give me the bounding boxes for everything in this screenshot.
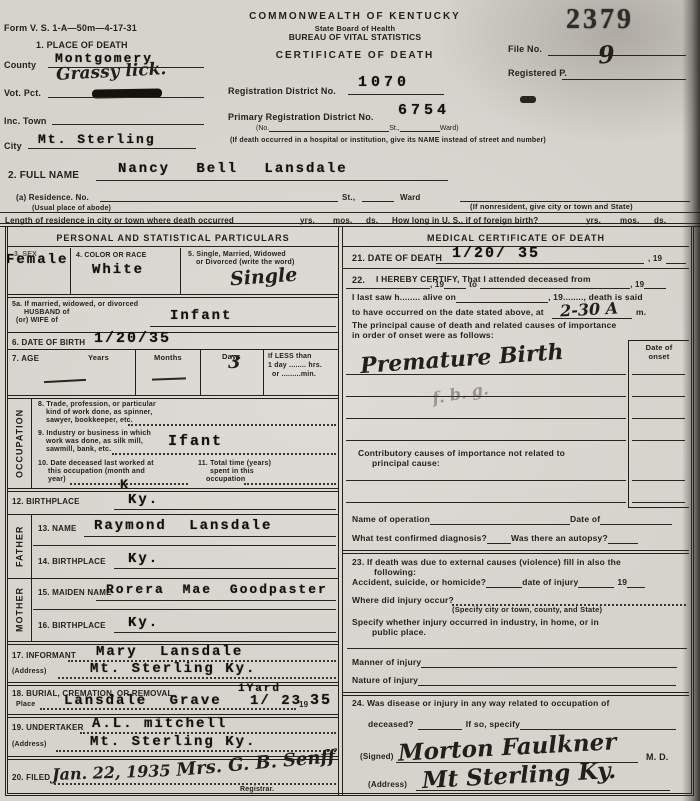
city-hint-ward: Ward)	[440, 125, 459, 132]
undertaker-addr-label: (Address)	[12, 741, 46, 749]
father-bp-value: Ky.	[128, 551, 159, 567]
burial-place-value: Lansdale Grave	[64, 693, 222, 709]
cell-border	[180, 248, 181, 295]
rule-line	[96, 600, 336, 601]
father-bp-label: 14. BIRTHPLACE	[38, 557, 106, 566]
rule-line	[33, 545, 336, 546]
marital-label-1: 5. Single, Married, Widowed	[188, 251, 286, 259]
form-number: Form V. S. 1-A—50m—4-17-31	[4, 23, 137, 33]
blank-line	[100, 193, 338, 202]
occ10-label-2: this occupation (month and	[48, 468, 145, 476]
burial-year-pre: 19	[299, 700, 308, 709]
rule-line	[8, 349, 338, 350]
rule-line	[114, 509, 336, 510]
burial-year-value: 35	[310, 692, 332, 709]
married-label-3: (or) WIFE of	[16, 317, 58, 325]
certify-to: to	[469, 280, 477, 289]
occ8-label-1: 8. Trade, profession, or particular	[38, 401, 156, 409]
rule-line	[348, 94, 444, 95]
cell-border	[135, 350, 136, 396]
cell-border	[263, 350, 264, 396]
deceased-row: deceased? If so, specify	[368, 720, 676, 730]
blank-line	[418, 677, 676, 686]
informant-addr-label: (Address)	[12, 668, 46, 676]
dotted-line	[58, 677, 336, 679]
accident-row: Accident, suicide, or homicide? date of …	[352, 578, 645, 588]
ink-smudge	[520, 96, 536, 103]
rule-line	[632, 418, 685, 419]
blank-line	[644, 280, 666, 289]
city-value: Mt. Sterling	[38, 132, 156, 147]
injury-19-label: 19	[617, 578, 627, 588]
rule-line	[96, 180, 448, 181]
section-divider	[8, 294, 338, 298]
manner-row: Manner of injury	[352, 658, 677, 668]
rule-line	[346, 480, 626, 481]
city-hint-no: (No.	[256, 125, 269, 132]
age-less-3: or .........min.	[272, 371, 316, 379]
rule-line	[28, 148, 196, 149]
if-so-label: If so, specify	[466, 720, 520, 730]
rule-line	[632, 396, 685, 397]
occupation-side-label: OCCUPATION	[8, 399, 31, 488]
autopsy-label: Was there an autopsy?	[511, 534, 608, 544]
commonwealth-title: COMMONWEALTH OF KENTUCKY	[215, 11, 495, 23]
manner-label: Manner of injury	[352, 658, 421, 668]
blank-line	[269, 123, 389, 132]
section-divider	[8, 682, 338, 686]
test-label: What test confirmed diagnosis?	[352, 534, 487, 544]
last-saw-label: I last saw h........ alive on	[352, 293, 456, 303]
certificate-heading: COMMONWEALTH OF KENTUCKY State Board of …	[215, 11, 495, 61]
dob-value: 1/20/35	[94, 330, 171, 347]
occ8-label-3: sawyer, bookkeeper, etc.	[46, 417, 133, 425]
rule-line	[52, 124, 204, 125]
occ9-label-1: 9. Industry or business in which	[38, 430, 151, 438]
column-divider	[338, 227, 343, 796]
city-label: City	[4, 141, 22, 151]
mother-name-label: 15. MAIDEN NAME	[38, 588, 112, 597]
occ11-label-1: 11. Total time (years)	[198, 460, 271, 468]
city-hint-line: (No. St., Ward)	[256, 123, 459, 132]
rule-line	[8, 246, 338, 247]
operation-date-label: Date of	[570, 515, 600, 525]
blank-line	[400, 123, 440, 132]
blank-line	[430, 516, 570, 525]
certify-19b: , 19	[630, 280, 644, 289]
rule-line	[84, 536, 336, 537]
certificate-title: CERTIFICATE OF DEATH	[215, 50, 495, 62]
registration-district-value: 1070	[358, 74, 410, 91]
dotted-line	[128, 424, 336, 426]
rule-line	[416, 790, 670, 791]
informant-value: Mary Lansdale	[96, 644, 243, 660]
blank-line	[578, 579, 614, 588]
blank-line	[480, 280, 630, 289]
dod-value: 1/20/ 35	[452, 245, 540, 262]
dob-label: 6. DATE OF BIRTH	[12, 338, 85, 347]
rule-line	[346, 440, 626, 441]
rule-line	[632, 440, 685, 441]
occupation-side-box: OCCUPATION	[8, 399, 32, 488]
filed-label: 20. FILED	[12, 773, 50, 782]
dotted-line	[40, 708, 296, 710]
rule-line	[632, 502, 685, 503]
rule-line	[346, 418, 626, 419]
blank-line	[444, 280, 466, 289]
occ10-label-1: 10. Date deceased last worked at	[38, 460, 154, 468]
father-side-label: FATHER	[8, 514, 31, 579]
certify-blank-row: , 19 to , 19	[346, 280, 666, 289]
specify-label-2: public place.	[372, 628, 426, 638]
where-label: Where did injury occur?	[352, 596, 454, 606]
blank-line	[346, 280, 430, 289]
age-less-2: 1 day ........ hrs.	[268, 362, 322, 370]
age-label: 7. AGE	[12, 354, 39, 363]
birthplace-value: Ky.	[128, 492, 159, 508]
section-divider	[8, 488, 338, 492]
primary-district-label: Primary Registration District No.	[228, 112, 374, 122]
blank-line	[362, 193, 394, 202]
section-divider	[343, 550, 689, 554]
undertaker-label: 19. UNDERTAKER	[12, 723, 84, 732]
principal-label-2: in order of onset were as follows:	[352, 331, 494, 341]
rule-line	[552, 318, 632, 319]
occ9-value: Ifant	[168, 433, 223, 450]
certify-19a: , 19	[430, 280, 444, 289]
rule-line	[8, 332, 338, 333]
rule-line	[632, 480, 685, 481]
mother-bp-value: Ky.	[128, 615, 159, 631]
rule-line	[8, 578, 338, 579]
contributory-label-2: principal cause:	[372, 459, 440, 469]
age-days-value: 3	[228, 352, 241, 373]
rule-line	[346, 374, 626, 375]
file-no-label: File No.	[508, 44, 542, 54]
section-divider	[8, 395, 338, 399]
rule-line	[33, 609, 336, 610]
rule-line	[346, 502, 626, 503]
operation-label: Name of operation	[352, 515, 430, 525]
blank-line	[600, 516, 672, 525]
where-hint: (Specify city or town, county, and State…	[452, 606, 602, 615]
section-divider	[343, 692, 689, 696]
dotted-line	[244, 483, 336, 485]
rule-line	[632, 374, 685, 375]
scan-edge-shadow	[682, 0, 700, 801]
dotted-line	[54, 783, 336, 785]
rule-line	[8, 514, 338, 515]
blank-line	[487, 535, 511, 544]
blank-line	[486, 579, 522, 588]
race-label: 4. COLOR OR RACE	[76, 252, 146, 260]
county-label: County	[4, 60, 36, 70]
residence-hint: (If nonresident, give city or town and S…	[470, 203, 633, 212]
mother-side-box: MOTHER	[8, 578, 32, 642]
married-label-2: HUSBAND of	[24, 309, 70, 317]
blank-line	[627, 579, 645, 588]
blank-line	[418, 721, 462, 730]
father-name-label: 13. NAME	[38, 524, 77, 533]
cell-border	[70, 248, 71, 295]
md-label: M. D.	[646, 752, 669, 762]
injury-date-label: date of injury	[522, 578, 578, 588]
nature-row: Nature of injury	[352, 676, 676, 686]
blank-line	[456, 294, 548, 303]
occ9-label-2: work was done, as silk mill,	[46, 438, 143, 446]
informant-addr-value: Mt. Sterling Ky.	[90, 661, 256, 677]
city-hint-st: St.,	[389, 125, 400, 132]
residence-st-label: St.,	[342, 193, 355, 202]
full-name-label: 2. FULL NAME	[8, 170, 79, 182]
stamp-number: 2379	[566, 4, 634, 36]
residence-label: (a) Residence. No.	[16, 193, 89, 202]
place-of-death-label: 1. PLACE OF DEATH	[36, 40, 128, 50]
married-value: Infant	[170, 308, 232, 324]
registration-district-label: Registration District No.	[228, 86, 336, 96]
informant-label: 17. INFORMANT	[12, 651, 76, 660]
undertaker-value: A.L. mitchell	[92, 716, 227, 732]
rule-line	[343, 268, 689, 269]
age-less-1: If LESS than	[268, 353, 312, 361]
rule-line	[114, 568, 336, 569]
age-years-label: Years	[88, 354, 109, 363]
onset-label-2: onset	[629, 353, 689, 362]
nature-label: Nature of injury	[352, 676, 418, 686]
inc-town-label: Inc. Town	[4, 116, 47, 126]
sex-value: Female	[6, 252, 68, 268]
signed-label: (Signed)	[360, 752, 394, 761]
occ9-label-3: sawmill, bank, etc.	[46, 446, 111, 454]
burial-place-label: Place	[16, 701, 35, 709]
occurred-m-label: m.	[636, 308, 646, 318]
deceased-label: deceased?	[368, 720, 414, 730]
birthplace-label: 12. BIRTHPLACE	[12, 497, 80, 506]
rule-line	[347, 648, 687, 649]
occ11-label-3: occupation	[206, 476, 245, 484]
city-hint: (If death occurred in a hospital or inst…	[230, 137, 546, 145]
bureau-subtitle: BUREAU OF VITAL STATISTICS	[215, 33, 495, 43]
mother-side-label: MOTHER	[8, 578, 31, 642]
full-name-value: Nancy Bell Lansdale	[118, 161, 348, 177]
mother-bp-label: 16. BIRTHPLACE	[38, 621, 106, 630]
blank-line	[421, 659, 677, 668]
rule-line	[0, 212, 700, 213]
mother-name-value: Rorera Mae Goodpaster	[106, 582, 328, 597]
rule-line	[48, 97, 204, 98]
q24-label: 24. Was disease or injury in any way rel…	[352, 699, 610, 709]
precinct-label: Vot. Pct.	[4, 88, 41, 98]
accident-label: Accident, suicide, or homicide?	[352, 578, 486, 588]
married-label-1: 5a. If married, widowed, or divorced	[12, 301, 138, 309]
test-row: What test confirmed diagnosis? Was there…	[352, 534, 638, 544]
death-certificate-scan: Form V. S. 1-A—50m—4-17-31 1. PLACE OF D…	[0, 0, 700, 801]
precinct-value: Grassy lick.	[56, 59, 167, 85]
residence-ward-label: Ward	[400, 193, 421, 202]
date-of-onset-box: Date of onset	[628, 340, 689, 508]
marital-value: Single	[229, 264, 298, 291]
registered-value: 9	[597, 39, 616, 69]
rule-line	[150, 326, 336, 327]
dotted-line	[112, 453, 336, 455]
rule-line	[548, 55, 686, 56]
rule-line	[436, 263, 644, 264]
blank-line	[608, 535, 638, 544]
rule-line	[114, 632, 336, 633]
registrar-label: Registrar.	[240, 786, 274, 794]
burial-date-value: 1/ 23	[250, 693, 302, 709]
dod-year-label: , 19	[648, 254, 662, 263]
physician-address-label: (Address)	[368, 780, 407, 789]
operation-row: Name of operation Date of	[352, 515, 672, 525]
personal-section-title: PERSONAL AND STATISTICAL PARTICULARS	[8, 233, 338, 243]
occ10-label-3: year)	[48, 476, 66, 484]
occ11-label-2: spent in this	[210, 468, 254, 476]
medical-section-title: MEDICAL CERTIFICATE OF DEATH	[344, 233, 688, 243]
rule-line	[562, 79, 686, 80]
dod-label: 21. DATE OF DEATH	[352, 253, 442, 263]
undertaker-addr-value: Mt. Sterling Ky.	[90, 734, 256, 750]
cell-border	[200, 350, 201, 396]
registered-label: Registered P.	[508, 68, 567, 78]
primary-district-value: 6754	[398, 102, 450, 119]
occurred-label: to have occurred on the date stated abov…	[352, 308, 544, 318]
father-side-box: FATHER	[8, 514, 32, 579]
age-months-label: Months	[154, 354, 182, 363]
father-name-value: Raymond Lansdale	[94, 518, 272, 534]
race-value: White	[92, 262, 144, 278]
occ8-label-2: kind of work done, as spinner,	[46, 409, 152, 417]
